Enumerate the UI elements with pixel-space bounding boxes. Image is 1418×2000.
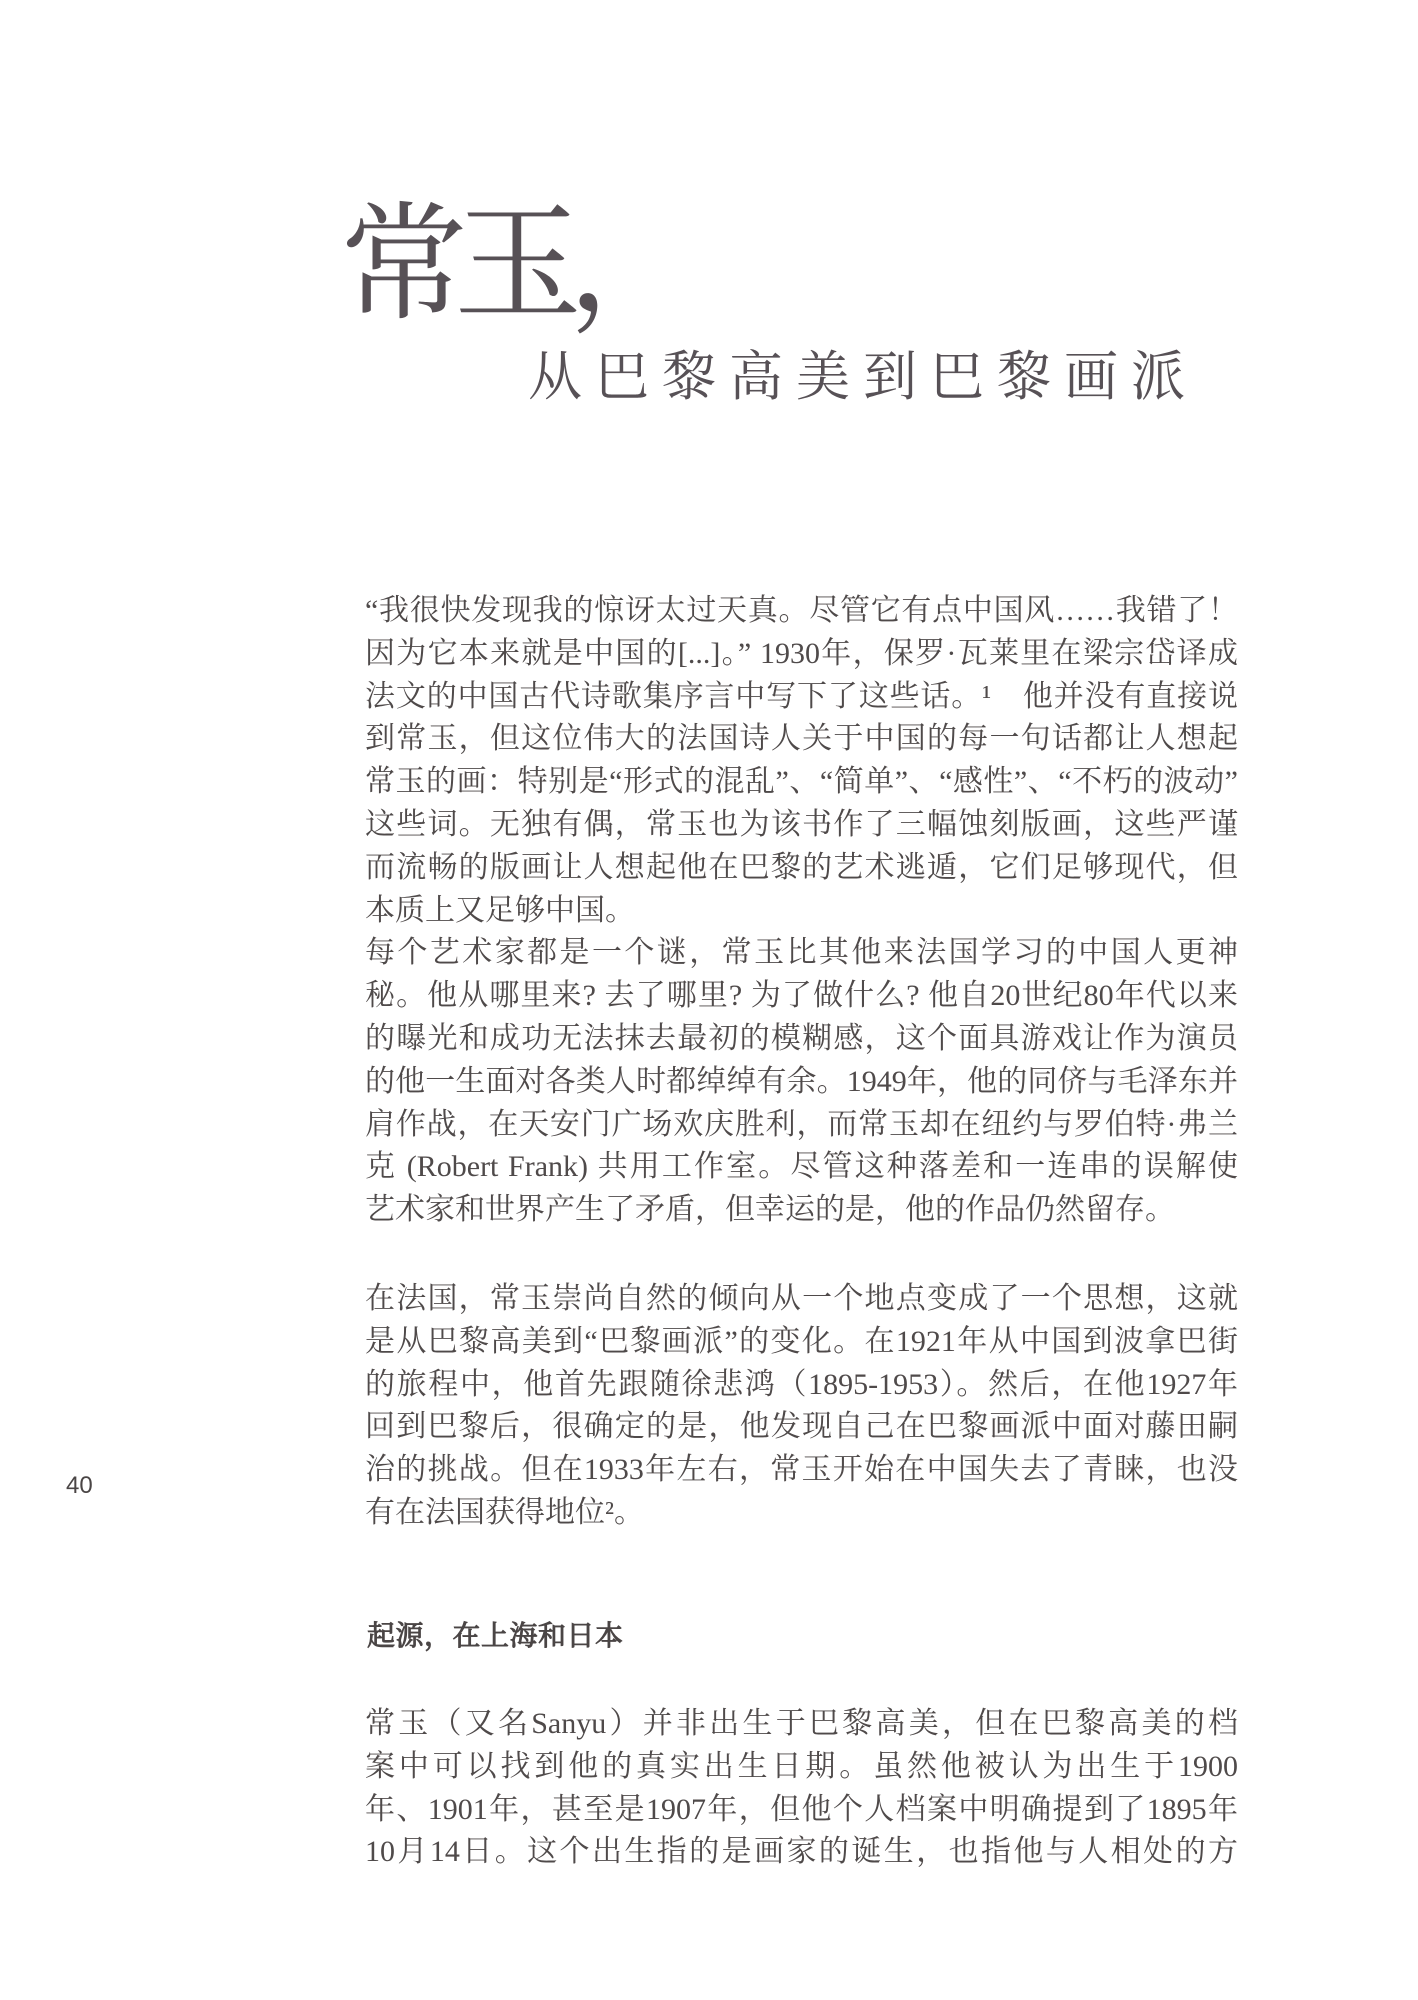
text-line: 而流畅的版画让人想起他在巴黎的艺术逃遁，它们足够现代，但	[365, 847, 1238, 890]
text-line: 治的挑战。但在1933年左右，常玉开始在中国失去了青睐，也没	[365, 1449, 1238, 1492]
text-line: 常玉的画：特别是“形式的混乱”、“简单”、“感性”、“不朽的波动”	[365, 761, 1238, 804]
text-line: 案中可以找到他的真实出生日期。虽然他被认为出生于1900	[365, 1746, 1238, 1789]
text-line: 艺术家和世界产生了矛盾，但幸运的是，他的作品仍然留存。	[365, 1189, 1238, 1232]
text-line: 的曝光和成功无法抹去最初的模糊感，这个面具游戏让作为演员	[365, 1018, 1238, 1061]
text-line: 10月14日。这个出生指的是画家的诞生，也指他与人相处的方	[365, 1831, 1238, 1874]
text-line: 法文的中国古代诗歌集序言中写下了这些话。¹ 他并没有直接说	[365, 676, 1238, 719]
page-number: 40	[66, 1472, 93, 1500]
paragraph-block-1: “我很快发现我的惊讶太过天真。尽管它有点中国风……我错了！ 因为它本来就是中国的…	[365, 590, 1238, 1232]
book-page: 常玉， 从巴黎高美到巴黎画派 “我很快发现我的惊讶太过天真。尽管它有点中国风………	[0, 0, 1418, 2000]
text-line: 回到巴黎后，很确定的是，他发现自己在巴黎画派中面对藤田嗣	[365, 1406, 1238, 1449]
text-line: 年、1901年，甚至是1907年，但他个人档案中明确提到了1895年	[365, 1789, 1238, 1832]
text-line: 肩作战，在天安门广场欢庆胜利，而常玉却在纽约与罗伯特·弗兰	[365, 1104, 1238, 1147]
text-line: 有在法国获得地位²。	[365, 1492, 1238, 1535]
text-line: 每个艺术家都是一个谜，常玉比其他来法国学习的中国人更神	[365, 932, 1238, 975]
text-line: 秘。他从哪里来? 去了哪里? 为了做什么? 他自20世纪80年代以来	[365, 975, 1238, 1018]
article-title: 常玉，	[340, 192, 682, 339]
text-line: 是从巴黎高美到“巴黎画派”的变化。在1921年从中国到波拿巴街	[365, 1321, 1238, 1364]
text-line: 的他一生面对各类人时都绰绰有余。1949年，他的同侪与毛泽东并	[365, 1061, 1238, 1104]
text-line: “我很快发现我的惊讶太过天真。尽管它有点中国风……我错了！	[365, 590, 1238, 633]
text-line: 到常玉，但这位伟大的法国诗人关于中国的每一句话都让人想起	[365, 718, 1238, 761]
text-line: 因为它本来就是中国的[...]。” 1930年，保罗·瓦莱里在梁宗岱译成	[365, 633, 1238, 676]
text-line: 这些词。无独有偶，常玉也为该书作了三幅蚀刻版画，这些严谨	[365, 804, 1238, 847]
text-line: 在法国，常玉崇尚自然的倾向从一个地点变成了一个思想，这就	[365, 1278, 1238, 1321]
text-line: 常玉（又名Sanyu）并非出生于巴黎高美，但在巴黎高美的档	[365, 1703, 1238, 1746]
section-heading: 起源，在上海和日本	[367, 1616, 624, 1658]
article-subtitle: 从巴黎高美到巴黎画派	[528, 348, 1198, 407]
paragraph-block-3: 常玉（又名Sanyu）并非出生于巴黎高美，但在巴黎高美的档 案中可以找到他的真实…	[365, 1703, 1238, 1874]
text-line: 本质上又足够中国。	[365, 890, 1238, 933]
paragraph-block-2: 在法国，常玉崇尚自然的倾向从一个地点变成了一个思想，这就 是从巴黎高美到“巴黎画…	[365, 1278, 1238, 1535]
text-line: 的旅程中，他首先跟随徐悲鸿（1895-1953）。然后，在他1927年	[365, 1364, 1238, 1407]
text-line: 克 (Robert Frank) 共用工作室。尽管这种落差和一连串的误解使	[365, 1146, 1238, 1189]
